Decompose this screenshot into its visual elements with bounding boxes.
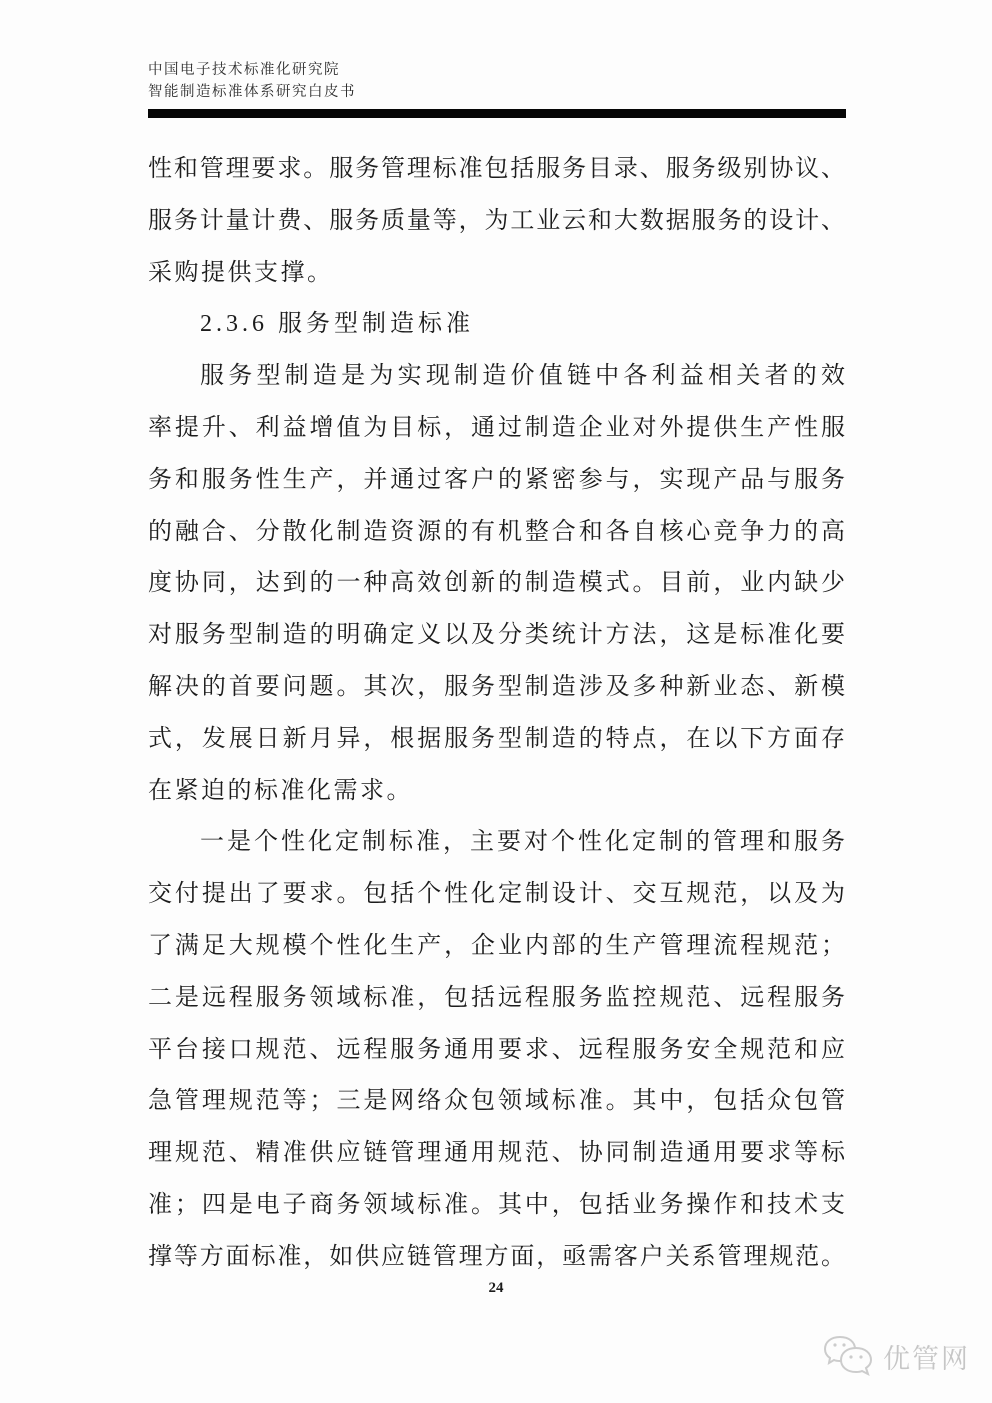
- text-line: 对服务型制造的明确定义以及分类统计方法，这是标准化要: [148, 610, 846, 662]
- text-line: 率提升、利益增值为目标，通过制造企业对外提供生产性服: [148, 403, 846, 455]
- document-header: 中国电子技术标准化研究院 智能制造标准体系研究白皮书: [148, 60, 356, 103]
- section-heading: 2.3.6 服务型制造标准: [148, 299, 846, 351]
- header-org-line: 中国电子技术标准化研究院: [148, 60, 356, 82]
- text-line: 解决的首要问题。其次，服务型制造涉及多种新业态、新模: [148, 662, 846, 714]
- text-line: 服务型制造是为实现制造价值链中各利益相关者的效: [148, 351, 846, 403]
- text-line: 式，发展日新月异，根据服务型制造的特点，在以下方面存: [148, 714, 846, 766]
- text-line: 服务计量计费、服务质量等，为工业云和大数据服务的设计、: [148, 196, 846, 248]
- text-line: 的融合、分散化制造资源的有机整合和各自核心竞争力的高: [148, 507, 846, 559]
- text-line: 理规范、精准供应链管理通用规范、协同制造通用要求等标: [148, 1128, 846, 1180]
- text-line: 采购提供支撑。: [148, 248, 846, 300]
- watermark: 优管网: [823, 1334, 970, 1378]
- text-line: 交付提出了要求。包括个性化定制设计、交互规范，以及为: [148, 869, 846, 921]
- header-title-line: 智能制造标准体系研究白皮书: [148, 82, 356, 104]
- text-line: 准；四是电子商务领域标准。其中，包括业务操作和技术支: [148, 1180, 846, 1232]
- text-line: 务和服务性生产，并通过客户的紧密参与，实现产品与服务: [148, 455, 846, 507]
- text-line: 平台接口规范、远程服务通用要求、远程服务安全规范和应: [148, 1025, 846, 1077]
- text-line: 撑等方面标准，如供应链管理方面，亟需客户关系管理规范。: [148, 1232, 846, 1284]
- body-text: 性和管理要求。服务管理标准包括服务目录、服务级别协议、服务计量计费、服务质量等，…: [148, 144, 846, 1284]
- header-divider-rule: [148, 109, 846, 118]
- text-line: 二是远程服务领域标准，包括远程服务监控规范、远程服务: [148, 973, 846, 1025]
- watermark-label: 优管网: [883, 1337, 970, 1376]
- text-line: 度协同，达到的一种高效创新的制造模式。目前，业内缺少: [148, 558, 846, 610]
- chat-bubbles-icon: [823, 1334, 875, 1378]
- text-line: 一是个性化定制标准，主要对个性化定制的管理和服务: [148, 817, 846, 869]
- text-line: 了满足大规模个性化生产，企业内部的生产管理流程规范；: [148, 921, 846, 973]
- page-number: 24: [0, 1280, 992, 1297]
- text-line: 性和管理要求。服务管理标准包括服务目录、服务级别协议、: [148, 144, 846, 196]
- document-page: 中国电子技术标准化研究院 智能制造标准体系研究白皮书 性和管理要求。服务管理标准…: [0, 0, 992, 1403]
- text-line: 急管理规范等；三是网络众包领域标准。其中，包括众包管: [148, 1076, 846, 1128]
- text-line: 在紧迫的标准化需求。: [148, 766, 846, 818]
